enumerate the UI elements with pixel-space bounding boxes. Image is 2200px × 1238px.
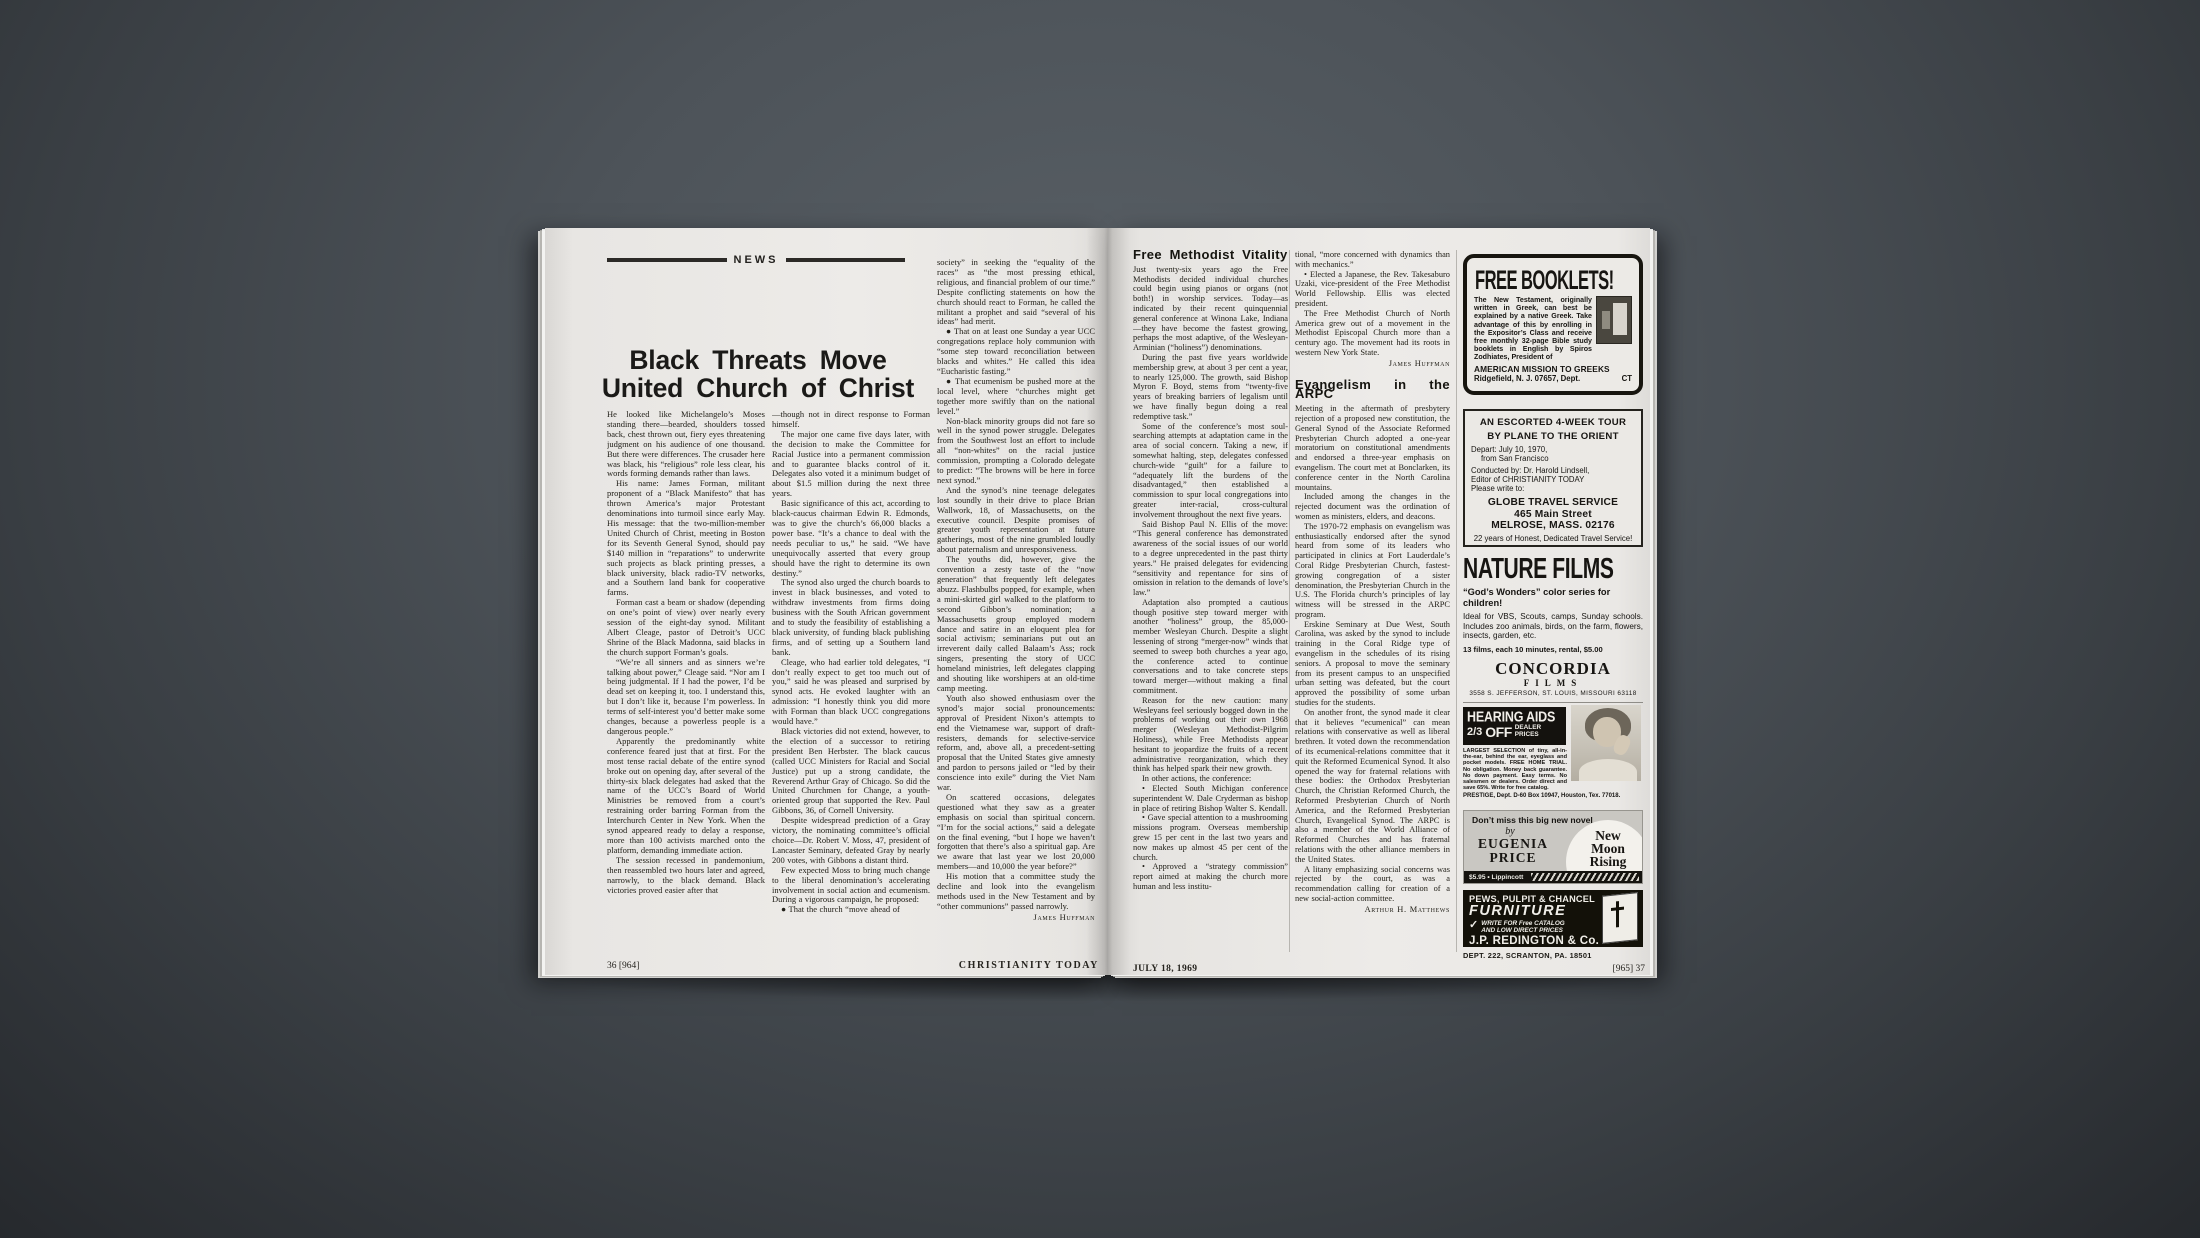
left-page: NEWS Black Threats Move United Church of… bbox=[545, 228, 1108, 975]
magazine-spread: NEWS Black Threats Move United Church of… bbox=[545, 228, 1650, 975]
paragraph: The major one came five days later, with… bbox=[772, 430, 930, 499]
right-page: Free Methodist Vitality Just twenty-six … bbox=[1108, 228, 1650, 975]
paragraph: He looked like Michelangelo’s Moses stan… bbox=[607, 410, 765, 479]
cross-icon bbox=[1616, 901, 1619, 927]
tour-depart-line: Depart: July 10, 1970, bbox=[1471, 445, 1635, 454]
news-section-label: NEWS bbox=[734, 254, 779, 266]
paragraph: Black victories did not extend, however,… bbox=[772, 727, 930, 816]
novel-price-band: $5.95 • Lippincott bbox=[1464, 871, 1642, 883]
article-byline: James Huffman bbox=[1295, 359, 1450, 369]
issue-date: JULY 18, 1969 bbox=[1133, 964, 1197, 974]
paragraph: On another front, the synod made it clea… bbox=[1295, 708, 1450, 865]
concordia-address: 3558 S. JEFFERSON, ST. LOUIS, MISSOURI 6… bbox=[1463, 690, 1643, 703]
paragraph: ● That the church “move ahead of bbox=[772, 905, 930, 915]
paragraph: During the past five years worldwide mem… bbox=[1133, 353, 1288, 422]
right-article-column-1: Free Methodist Vitality Just twenty-six … bbox=[1133, 250, 1288, 952]
paragraph: Reason for the new caution: many Wesleya… bbox=[1133, 696, 1288, 774]
concordia-films-logo: CONCORDIA FILMS bbox=[1463, 659, 1643, 688]
booklets-dept-code: CT bbox=[1622, 374, 1632, 383]
paragraph: Few expected Moss to bring much change t… bbox=[772, 866, 930, 906]
travel-agency-street: 465 Main Street bbox=[1471, 509, 1635, 521]
prices-word: PRICES bbox=[1515, 731, 1539, 738]
tour-ad-title: AN ESCORTED 4-WEEK TOUR bbox=[1471, 417, 1635, 428]
tour-conductor: Conducted by: Dr. Harold Lindsell, bbox=[1471, 466, 1635, 475]
left-article-column-3: society” in seeking the “equality of the… bbox=[937, 258, 1095, 964]
free-methodist-text: Just twenty-six years ago the Free Metho… bbox=[1133, 265, 1288, 892]
left-page-footer: 36 [964] CHRISTIANITY TODAY bbox=[607, 960, 1099, 971]
checkmark-icon: ✓ bbox=[1469, 920, 1478, 934]
magazine-title-footer: CHRISTIANITY TODAY bbox=[959, 960, 1099, 971]
free-methodist-continuation: tional, “more concerned with dynamics th… bbox=[1295, 250, 1450, 358]
right-page-footer: JULY 18, 1969 [965] 37 bbox=[1133, 964, 1645, 974]
headline-line-1: Black Threats Move bbox=[585, 346, 931, 374]
paragraph: “We’re all sinners and as sinners we’re … bbox=[607, 658, 765, 737]
paragraph: Forman cast a beam or shadow (depending … bbox=[607, 598, 765, 657]
paragraph: • Gave special attention to a mushroomin… bbox=[1133, 813, 1288, 862]
header-rule-right bbox=[786, 258, 906, 262]
hearing-aids-copy: LARGEST SELECTION of tiny, all-in-the-ea… bbox=[1463, 748, 1567, 791]
paragraph: Despite widespread prediction of a Gray … bbox=[772, 816, 930, 866]
right-article-column-2: tional, “more concerned with dynamics th… bbox=[1295, 250, 1450, 952]
column-divider-1 bbox=[1289, 250, 1290, 952]
concordia-films-label: FILMS bbox=[1463, 678, 1643, 688]
nature-films-title: NATURE FILMS bbox=[1463, 553, 1603, 586]
news-section-header: NEWS bbox=[607, 254, 905, 266]
paragraph: • Elected a Japanese, the Rev. Takesabur… bbox=[1295, 270, 1450, 309]
hearing-aids-title: HEARING AIDS bbox=[1467, 709, 1562, 725]
booklets-ad-copy: The New Testament, originally written in… bbox=[1474, 296, 1592, 361]
column-3-text: society” in seeking the “equality of the… bbox=[937, 258, 1095, 912]
paragraph: On scattered occasions, delegates questi… bbox=[937, 793, 1095, 872]
concordia-brand: CONCORDIA bbox=[1495, 659, 1611, 678]
paragraph: Meeting in the aftermath of presbytery r… bbox=[1295, 404, 1450, 492]
tour-ad-subtitle: BY PLANE TO THE ORIENT bbox=[1471, 431, 1635, 442]
decorative-pattern bbox=[1531, 873, 1639, 881]
paragraph: The synod also urged the church boards t… bbox=[772, 578, 930, 657]
travel-agency-city: MELROSE, MASS. 02176 bbox=[1471, 520, 1635, 532]
paragraph: ● That on at least one Sunday a year UCC… bbox=[937, 327, 1095, 377]
tour-write-to: Please write to: bbox=[1471, 484, 1635, 493]
paragraph: ● That ecumenism be pushed more at the l… bbox=[937, 377, 1095, 417]
paragraph: In other actions, the conference: bbox=[1133, 774, 1288, 784]
booklets-ad-body: The New Testament, originally written in… bbox=[1474, 296, 1632, 362]
arpc-article-text: Meeting in the aftermath of presbytery r… bbox=[1295, 404, 1450, 904]
nature-films-subtitle: “God’s Wonders” color series for childre… bbox=[1463, 587, 1643, 608]
paragraph: Erskine Seminary at Due West, South Caro… bbox=[1295, 620, 1450, 708]
new-moon-rising-book-ad: Don’t miss this big new novel by EUGENIA… bbox=[1463, 810, 1643, 884]
paragraph: His motion that a committee study the de… bbox=[937, 872, 1095, 912]
novel-price: $5.95 • Lippincott bbox=[1464, 874, 1523, 881]
headline-line-2: United Church of Christ bbox=[585, 374, 931, 402]
column-divider-2 bbox=[1456, 250, 1457, 952]
booklets-address-row: Ridgefield, N. J. 07657, Dept. CT bbox=[1474, 374, 1632, 383]
left-page-number: 36 [964] bbox=[607, 961, 639, 971]
hearing-aids-company: PRESTIGE, Dept. D-60 Box 10947, Houston,… bbox=[1463, 793, 1643, 799]
paragraph: Just twenty-six years ago the Free Metho… bbox=[1133, 265, 1288, 353]
booklets-ad-headline: FREE BOOKLETS! bbox=[1475, 265, 1614, 297]
paragraph: —though not in direct response to Forman… bbox=[772, 410, 930, 430]
right-page-number: [965] 37 bbox=[1613, 964, 1645, 974]
paragraph: Cleage, who had earlier told delegates, … bbox=[772, 658, 930, 727]
advertising-column: FREE BOOKLETS! The New Testament, origin… bbox=[1463, 250, 1643, 967]
article-headline: Black Threats Move United Church of Chri… bbox=[585, 346, 931, 402]
nature-films-detail: 13 films, each 10 minutes, rental, $5.00 bbox=[1463, 645, 1643, 654]
orient-tour-ad: AN ESCORTED 4-WEEK TOUR BY PLANE TO THE … bbox=[1463, 409, 1643, 547]
paragraph: • Elected South Michigan conference supe… bbox=[1133, 784, 1288, 813]
hearing-aids-headline-panel: HEARING AIDS 2/3 OFF DEALER PRICES bbox=[1463, 707, 1566, 745]
paragraph: And the synod’s nine teenage delegates l… bbox=[937, 486, 1095, 555]
left-article-column-1: He looked like Michelangelo’s Moses stan… bbox=[607, 410, 765, 960]
off-label: OFF bbox=[1485, 724, 1512, 740]
article-byline: James Huffman bbox=[937, 913, 1095, 923]
door-cross-graphic bbox=[1602, 892, 1638, 944]
paragraph: Basic significance of this act, accordin… bbox=[772, 499, 930, 578]
free-booklets-ad: FREE BOOKLETS! The New Testament, origin… bbox=[1463, 254, 1643, 395]
dealer-prices-label: DEALER PRICES bbox=[1515, 725, 1541, 739]
paragraph: Non-black minority groups did not fare s… bbox=[937, 417, 1095, 486]
novel-title: New Moon Rising bbox=[1582, 829, 1634, 868]
article-byline: Arthur H. Matthews bbox=[1295, 905, 1450, 915]
paragraph: The session recessed in pandemonium, the… bbox=[607, 856, 765, 896]
hearing-aid-model-photo bbox=[1571, 705, 1641, 781]
photo-shoulder-shape bbox=[1579, 759, 1637, 781]
paragraph: Youth also showed enthusiasm over the sy… bbox=[937, 694, 1095, 793]
left-article-column-2: —though not in direct response to Forman… bbox=[772, 410, 930, 960]
hearing-aids-ad: HEARING AIDS 2/3 OFF DEALER PRICES bbox=[1463, 705, 1643, 801]
discount-fraction: 2/3 bbox=[1467, 726, 1482, 738]
furniture-catalog-text: WRITE FOR Free CATALOG AND LOW DIRECT PR… bbox=[1481, 920, 1565, 934]
nature-films-body: Ideal for VBS, Scouts, camps, Sunday sch… bbox=[1463, 612, 1643, 641]
booklet-cover-image bbox=[1596, 296, 1632, 344]
paragraph: • Approved a “strategy commission” repor… bbox=[1133, 862, 1288, 891]
paragraph: society” in seeking the “equality of the… bbox=[937, 258, 1095, 327]
paragraph: Apparently the predominantly white confe… bbox=[607, 737, 765, 856]
furniture-company-address: DEPT. 222, SCRANTON, PA. 18501 bbox=[1463, 951, 1643, 960]
nature-films-ad: NATURE FILMS “God’s Wonders” color serie… bbox=[1463, 553, 1643, 701]
hearing-aids-offer-row: 2/3 OFF DEALER PRICES bbox=[1467, 724, 1562, 740]
paragraph: tional, “more concerned with dynamics th… bbox=[1295, 250, 1450, 270]
catalog-line-1: WRITE FOR Free CATALOG bbox=[1481, 920, 1565, 927]
header-rule-left bbox=[607, 258, 727, 262]
article-heading-free-methodist: Free Methodist Vitality bbox=[1133, 250, 1288, 260]
paragraph: Said Bishop Paul N. Ellis of the move: “… bbox=[1133, 520, 1288, 598]
paragraph: His name: James Forman, militant propone… bbox=[607, 479, 765, 598]
catalog-line-2: AND LOW DIRECT PRICES bbox=[1481, 927, 1563, 934]
paragraph: Some of the conference’s most soul-searc… bbox=[1133, 422, 1288, 520]
paragraph: Included among the changes in the reject… bbox=[1295, 492, 1450, 521]
article-heading-arpc: Evangelism in the ARPC bbox=[1295, 380, 1450, 400]
booklets-organization: AMERICAN MISSION TO GREEKS bbox=[1474, 364, 1632, 374]
tour-depart-city: from San Francisco bbox=[1471, 454, 1635, 463]
tour-conductor-title: Editor of CHRISTIANITY TODAY bbox=[1471, 475, 1635, 484]
novel-author-name: EUGENIA PRICE bbox=[1464, 837, 1562, 864]
booklets-address: Ridgefield, N. J. 07657, Dept. bbox=[1474, 374, 1580, 383]
paragraph: The youths did, however, give the conven… bbox=[937, 555, 1095, 694]
travel-agency-tagline: 22 years of Honest, Dedicated Travel Ser… bbox=[1471, 535, 1635, 544]
church-furniture-ad: PEWS, PULPIT & CHANCEL FURNITURE ✓ WRITE… bbox=[1463, 890, 1643, 947]
paragraph: The 1970-72 emphasis on evangelism was e… bbox=[1295, 522, 1450, 620]
paragraph: The Free Methodist Church of North Ameri… bbox=[1295, 309, 1450, 358]
paragraph: A litany emphasizing social concerns was… bbox=[1295, 865, 1450, 904]
paragraph: Adaptation also prompted a cautious thou… bbox=[1133, 598, 1288, 696]
travel-agency-name: GLOBE TRAVEL SERVICE bbox=[1471, 497, 1635, 509]
